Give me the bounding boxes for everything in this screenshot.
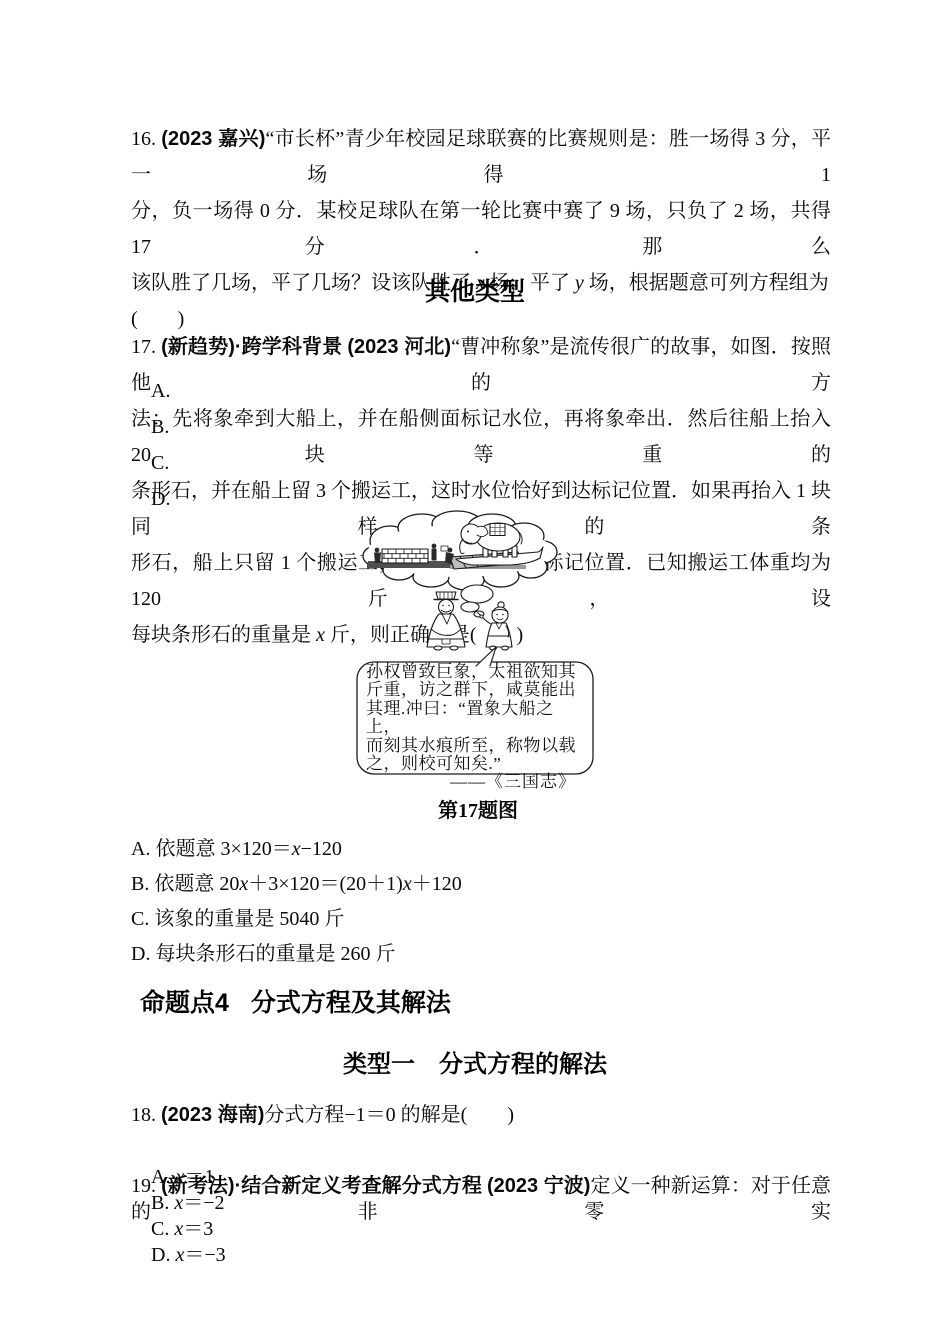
child-figure [478, 602, 513, 650]
q17-option-b: B. 依题意 20x＋3×120＝(20＋1)x＋120 [131, 867, 831, 902]
question-17-line-2: 法：先将象牵到大船上，并在船侧面标记水位，再将象牵出．然后往船上抬入 20 块等… [131, 401, 831, 473]
adult-figure [427, 592, 465, 650]
worksheet-page: { "colors": { "background": "#ffffff", "… [0, 0, 950, 1344]
bubble-line: 斤重，访之群下，咸莫能出 [366, 681, 580, 699]
question-17-options: A. 依题意 3×120＝x−120 B. 依题意 20x＋3×120＝(20＋… [131, 832, 831, 972]
speech-bubble-text: 孙权曾致巨象，太祖欲知其 斤重，访之群下，咸莫能出 其理.冲曰：“置象大船之上，… [366, 663, 580, 792]
question-19: 19. (新考法)·结合新定义考查解分式方程 (2023 宁波)定义一种新运算：… [131, 1173, 831, 1225]
bubble-line: 而刻其水痕所至，称物以载 [366, 737, 580, 755]
bubble-line: 孙权曾致巨象，太祖欲知其 [366, 663, 580, 681]
section-heading-other-types: 其他类型 [0, 277, 950, 307]
q17-option-c: C. 该象的重量是 5040 斤 [131, 902, 831, 937]
bubble-line: 其理.冲曰：“置象大船之上， [366, 700, 580, 737]
q17-option-d: D. 每块条形石的重量是 260 斤 [131, 937, 831, 972]
topic-heading-label: 命题点4 [140, 989, 229, 1017]
bubble-attribution: ——《三国志》 [366, 773, 580, 791]
question-18-line: 18. (2023 海南)分式方程−1＝0 的解是( ) [131, 1102, 831, 1128]
q17-option-a: A. 依题意 3×120＝x−120 [131, 832, 831, 867]
q18-option-d: D. x＝−3 [151, 1242, 226, 1268]
question-18: 18. (2023 海南)分式方程−1＝0 的解是( ) [131, 1102, 831, 1128]
type-one-heading: 类型一 分式方程的解法 [0, 1050, 950, 1079]
question-17-line-1: 17. (新趋势)·跨学科背景 (2023 河北)“曹冲称象”是流传很广的故事，… [131, 329, 831, 401]
question-16-line-1: 16. (2023 嘉兴)“市长杯”青少年校园足球联赛的比赛规则是：胜一场得 3… [131, 121, 831, 193]
topic-heading-4: 命题点4分式方程及其解法 [140, 988, 451, 1018]
stone-pile [382, 549, 428, 563]
figure-caption: 第17题图 [350, 799, 606, 823]
thought-bubbles [461, 585, 493, 617]
question-19-line: 19. (新考法)·结合新定义考查解分式方程 (2023 宁波)定义一种新运算：… [131, 1173, 831, 1225]
bubble-line: 之，则校可知矣.” [366, 755, 580, 773]
topic-heading-title: 分式方程及其解法 [251, 989, 451, 1017]
question-17-figure: 孙权曾致巨象，太祖欲知其 斤重，访之群下，咸莫能出 其理.冲曰：“置象大船之上，… [350, 508, 606, 780]
question-16-line-2: 分，负一场得 0 分．某校足球队在第一轮比赛中赛了 9 场，只负了 2 场，共得… [131, 193, 831, 265]
